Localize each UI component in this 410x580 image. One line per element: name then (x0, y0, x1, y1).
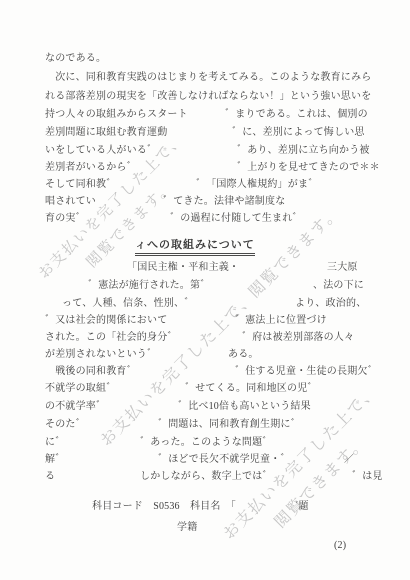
text-segment: ゛あった。このような問題゛ (140, 433, 273, 448)
text-segment: ／ (344, 450, 354, 465)
text-line: に゛゛あった。このような問題゛ (0, 433, 410, 447)
text-segment: ゛まりである。これは、個別の (225, 105, 368, 120)
text-segment: ゛ほどで長欠不就学児童・゛ (158, 450, 291, 465)
text-segment: ゛府は被差別部落の人々 (242, 328, 354, 343)
text-segment: ´題 (295, 497, 309, 512)
text-segment: の不就学率゛ (45, 397, 106, 412)
footer-course-line: 科目コード S0536 科目名 「´題 (0, 497, 410, 511)
text-segment: ゛比べ10倍も高いという結果 (178, 397, 311, 412)
text-line: 「国民主権・平和主義・三大原 (0, 258, 410, 272)
text-line: るしかしながら、数字上では゛゛は見 (0, 467, 410, 481)
text-line: された。この「社会的身分゛゛府は被差別部落の人々 (0, 328, 410, 342)
text-line: 差別問題に取組む教育運動゛に、差別によって悔しい思 (0, 123, 410, 137)
text-line: れる部落差別の現実を「改善しなければならない！」という強い思いを (0, 87, 410, 101)
text-segment: れる部落差別の現実を「改善しなければならない！」という強い思いを (45, 87, 371, 102)
text-segment: 唱されてい (45, 192, 96, 207)
text-line: 唱されてい゛てきた。法律や諸制度な (0, 192, 410, 206)
text-segment: ゛「国際人権規約」がま゛ (196, 175, 318, 190)
document-page: お支払いを完了した上で、閲覧できます。お支払いを完了した上で、閲覧できます。お支… (0, 0, 410, 580)
text-segment: ゛上がりを見せてきたので＊＊ (237, 158, 380, 173)
text-segment: 次に、同和教育実践のはじまりを考えてみる。このような教育にみら (45, 68, 371, 83)
text-segment: 持つ人々の取組みからスタート (45, 105, 188, 120)
text-segment: 育の実゛ (45, 209, 86, 224)
text-segment: ゛憲法が施行された。第゛ (88, 276, 210, 291)
text-segment: いをしている人がいる゛ (45, 141, 157, 156)
text-segment: そして同和教゛ (45, 175, 116, 190)
text-line: 差別者がいるから゛゛上がりを見せてきたので＊＊ (0, 158, 410, 172)
text-line: なのである。 (0, 49, 410, 63)
text-segment: そのた゛ (45, 415, 86, 430)
text-segment: 差別問題に取組む教育運動 (45, 123, 167, 138)
text-segment: る (45, 467, 55, 482)
text-segment: 学籍 (177, 518, 197, 533)
text-segment: 差別者がいるから゛ (45, 158, 137, 173)
text-line: 解゛゛ほどで長欠不就学児童・゛／ (0, 450, 410, 464)
text-segment: 「国民主権・平和主義・ (127, 258, 239, 273)
text-segment: に゛ (45, 433, 65, 448)
text-segment: ゛せてくる。同和地区の児゛ (185, 379, 318, 394)
text-segment: 科目コード S0536 科目名 「 (92, 497, 236, 512)
text-line: ゛憲法が施行された。第゛、法の下に (0, 276, 410, 290)
text-segment: が差別されないという゛ (45, 345, 157, 360)
text-line: 育の実゛゛の過程に付随して生まれ゛ (0, 209, 410, 223)
text-line: ゛又は社会的関係において゛憲法上に位置づけ (0, 311, 410, 325)
text-line: って、人種、信条、性別、゛より、政治的、 (0, 294, 410, 308)
text-segment: 解゛ (45, 450, 65, 465)
text-segment: ゛又は社会的関係において (45, 311, 167, 326)
text-segment: された。この「社会的身分゛ (45, 328, 178, 343)
footer-info-line: 学籍 (0, 518, 410, 532)
text-segment: (2) (334, 540, 346, 551)
text-line: そして同和教゛゛「国際人権規約」がま゛ (0, 175, 410, 189)
text-segment: ゛あり、差別に立ち向かう被 (237, 141, 370, 156)
text-line: そのた゛゛問題は、同和教育創生期に゛ (0, 415, 410, 429)
text-line: が差別されないという゛ある。 (0, 345, 410, 359)
section-heading: ィへの取組みについて (135, 236, 255, 256)
text-line: 戦後の同和教育゛゛住する児童・生徒の長期欠゛ (0, 362, 410, 376)
text-segment: 、法の下に (313, 276, 364, 291)
text-line: 持つ人々の取組みからスタート゛まりである。これは、個別の (0, 105, 410, 119)
text-segment: 三大原 (327, 258, 358, 273)
text-segment: 不就学の取組゛ (45, 379, 116, 394)
text-segment: ゛は見 (352, 467, 383, 482)
text-segment: 戦後の同和教育゛ (45, 362, 137, 377)
text-segment: ゛憲法上に位置づけ (235, 311, 327, 326)
text-segment: ゛問題は、同和教育創生期に゛ (158, 415, 301, 430)
text-segment: ゛の過程に付随して生まれ゛ (170, 209, 303, 224)
text-line: 不就学の取組゛゛せてくる。同和地区の児゛ (0, 379, 410, 393)
text-segment: しかしながら、数字上では゛ (140, 467, 273, 482)
text-segment: って、人種、信条、性別、゛ (62, 294, 194, 309)
text-segment: ゛に、差別によって悔しい思 (232, 123, 365, 138)
text-segment: ゛てきた。法律や諸制度な (163, 192, 285, 207)
page-number: (2) (0, 540, 410, 554)
text-line: の不就学率゛゛比べ10倍も高いという結果 (0, 397, 410, 411)
text-segment: より、政治的、 (295, 294, 366, 309)
text-line: いをしている人がいる゛゛あり、差別に立ち向かう被 (0, 141, 410, 155)
text-segment: ある。 (228, 345, 259, 360)
text-segment: なのである。 (45, 49, 106, 64)
text-line: 次に、同和教育実践のはじまりを考えてみる。このような教育にみら (0, 68, 410, 82)
text-segment: ゛住する児童・生徒の長期欠゛ (235, 362, 378, 377)
